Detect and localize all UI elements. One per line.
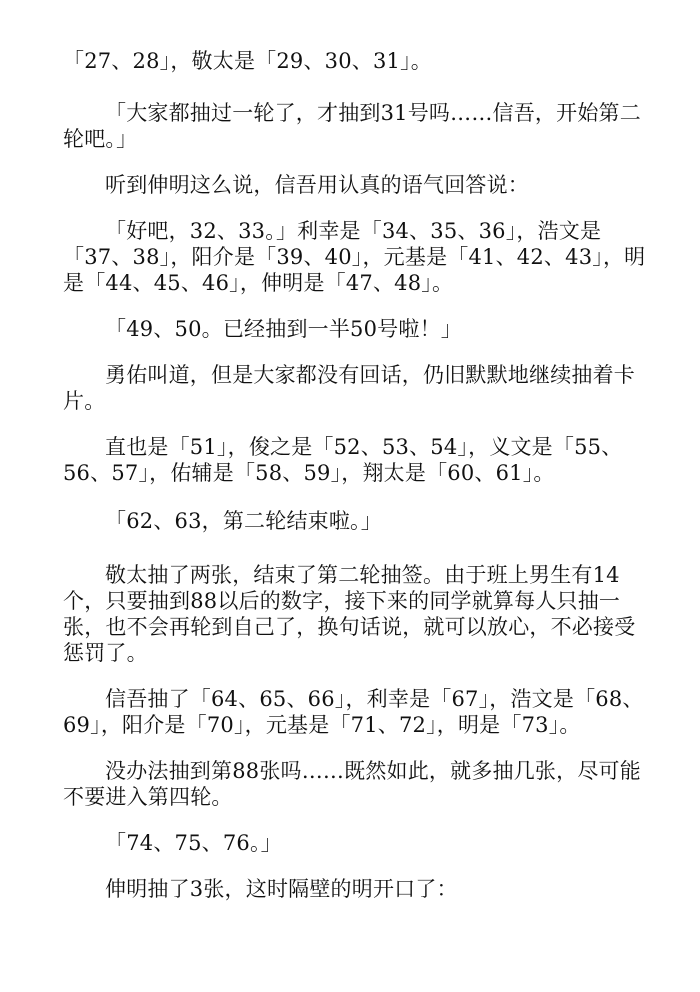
paragraph-line: 「74、75、76。」: [105, 830, 282, 856]
paragraph-line: 直也是「51」，俊之是「52、53、54」，义文是「55、: [105, 434, 622, 460]
paragraph-line: 是「44、45、46」，伸明是「47、48」。: [63, 270, 453, 296]
paragraph-line: 69」，阳介是「70」，元基是「71、72」，明是「73」。: [63, 712, 581, 738]
paragraph-line: 「49、50。已经抽到一半50号啦！」: [105, 316, 462, 342]
paragraph-line: 听到伸明这么说，信吾用认真的语气回答说：: [105, 172, 529, 198]
paragraph-line: 张，也不会再轮到自己了，换句话说，就可以放心，不必接受: [63, 614, 635, 640]
paragraph-line: 个，只要抽到88以后的数字，接下来的同学就算每人只抽一: [63, 588, 620, 614]
paragraph-line: 「37、38」，阳介是「39、40」，元基是「41、42、43」，明: [63, 244, 645, 270]
paragraph-line: 没办法抽到第88张吗……既然如此，就多抽几张，尽可能: [105, 758, 641, 784]
paragraph-line: 不要进入第四轮。: [63, 784, 233, 810]
paragraph-line: 「62、63，第二轮结束啦。」: [105, 508, 382, 534]
paragraph-line: 56、57」，佑辅是「58、59」，翔太是「60、61」。: [63, 460, 555, 486]
paragraph-line: 「27、28」，敬太是「29、30、31」。: [63, 48, 432, 74]
paragraph-line: 信吾抽了「64、65、66」，利幸是「67」，浩文是「68、: [105, 686, 644, 712]
paragraph-line: 勇佑叫道，但是大家都没有回话，仍旧默默地继续抽着卡: [105, 362, 635, 388]
paragraph-line: 「大家都抽过一轮了，才抽到31号吗……信吾，开始第二: [105, 100, 641, 126]
paragraph-line: 轮吧。」: [63, 126, 137, 152]
paragraph-line: 敬太抽了两张，结束了第二轮抽签。由于班上男生有14: [105, 562, 620, 588]
paragraph-line: 惩罚了。: [63, 640, 148, 666]
paragraph-line: 「好吧，32、33。」利幸是「34、35、36」，浩文是: [105, 218, 601, 244]
paragraph-line: 片。: [63, 388, 105, 414]
document-page: 「27、28」，敬太是「29、30、31」。 「大家都抽过一轮了，才抽到31号吗…: [0, 0, 700, 992]
paragraph-line: 伸明抽了3张，这时隔壁的明开口了：: [105, 876, 458, 902]
